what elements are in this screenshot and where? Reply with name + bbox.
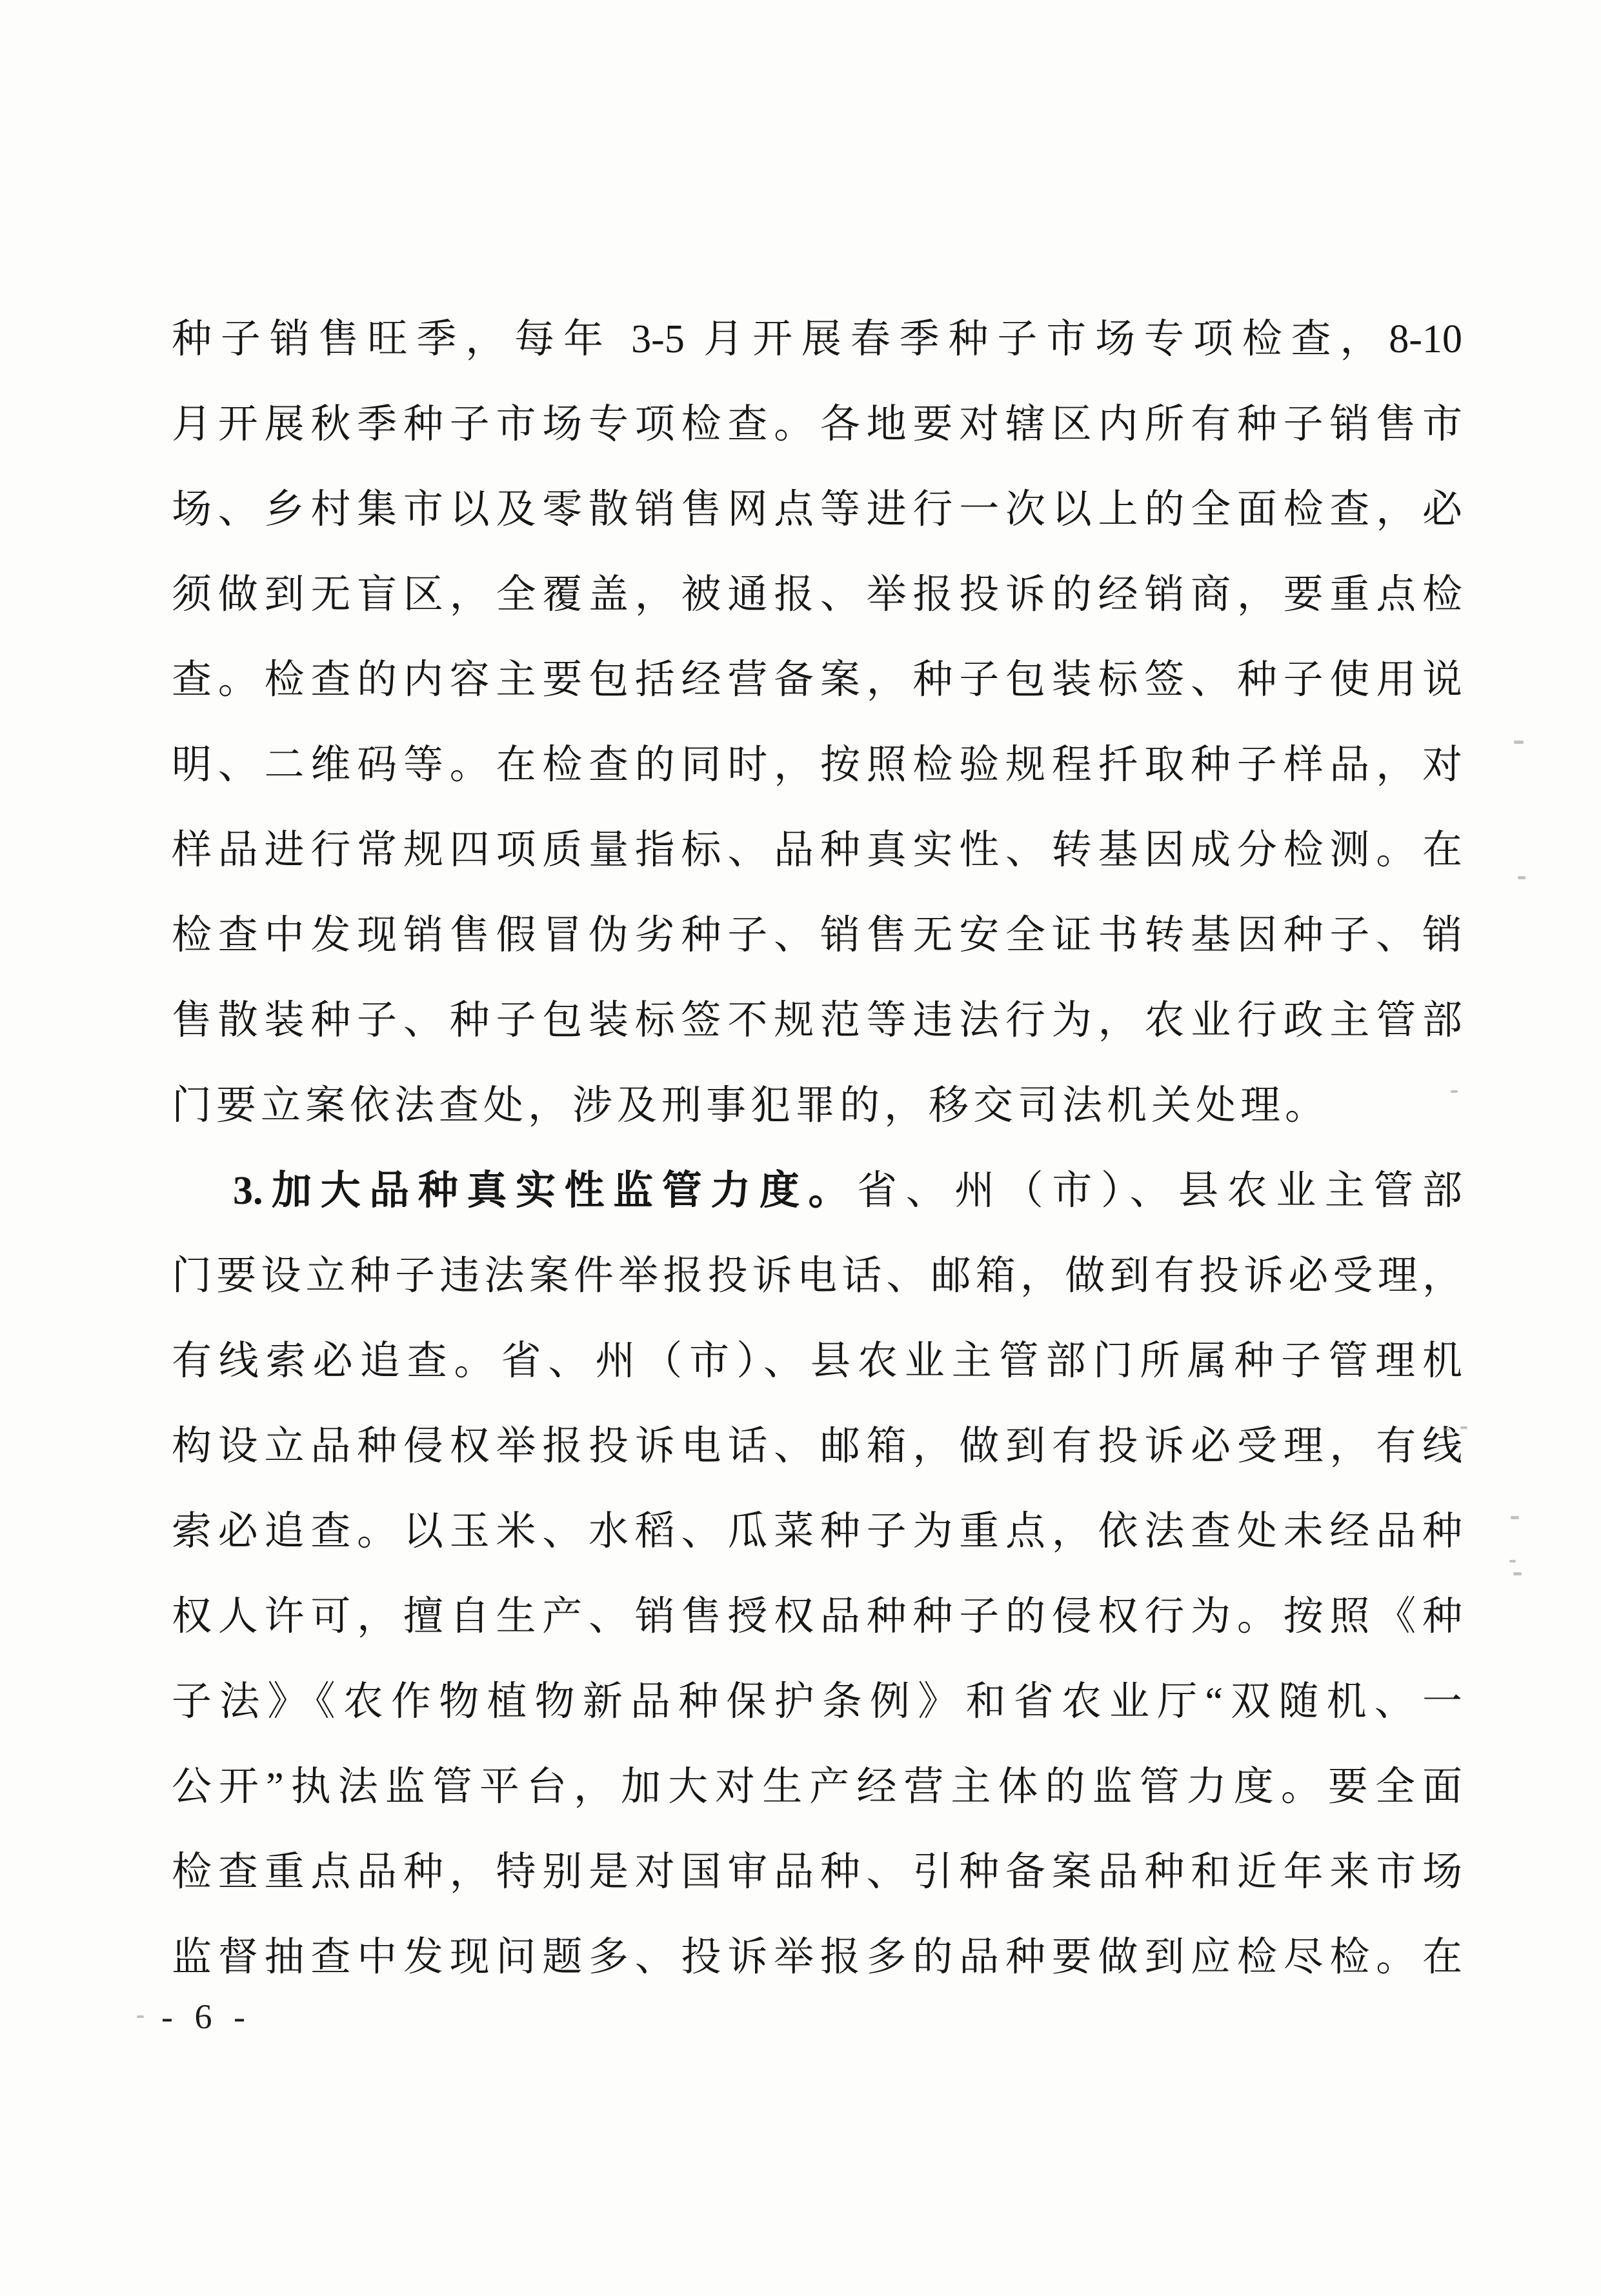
body-line: 明、二维码等。在检查的同时，按照检验规程扦取种子样品，对 (172, 723, 1462, 808)
body-line: 场、乡村集市以及零散销售网点等进行一次以上的全面检查，必 (172, 467, 1462, 552)
body-line: 有线索必追查。省、州（市）、县农业主管部门所属种子管理机 (172, 1319, 1462, 1404)
body-line: 构设立品种侵权举报投诉电话、邮箱，做到有投诉必受理，有线 (172, 1404, 1462, 1489)
scan-artifact (1460, 1426, 1467, 1429)
body-line: 门要设立种子违法案件举报投诉电话、邮箱，做到有投诉必受理， (172, 1233, 1462, 1319)
body-line: 样品进行常规四项质量指标、品种真实性、转基因成分检测。在 (172, 808, 1462, 893)
scan-artifact (1509, 1560, 1516, 1562)
body-line: 监督抽查中发现问题多、投诉举报多的品种要做到应检尽检。在 (172, 1915, 1462, 2000)
body-line: 须做到无盲区，全覆盖，被通报、举报投诉的经销商，要重点检 (172, 552, 1462, 637)
scan-artifact (1514, 741, 1524, 744)
page-number: - 6 - (161, 1997, 252, 2036)
scan-artifact (1518, 876, 1525, 879)
body-line: 月开展秋季种子市场专项检查。各地要对辖区内所有种子销售市 (172, 382, 1462, 467)
scan-artifact (1513, 1572, 1522, 1575)
scan-artifact (1451, 1090, 1458, 1093)
body-line: 索必追查。以玉米、水稻、瓜菜种子为重点，依法查处未经品种 (172, 1489, 1462, 1574)
body-line: 检查中发现销售假冒伪劣种子、销售无安全证书转基因种子、销 (172, 893, 1462, 978)
body-line: 售散装种子、种子包装标签不规范等违法行为，农业行政主管部 (172, 978, 1462, 1063)
body-line: 查。检查的内容主要包括经营备案，种子包装标签、种子使用说 (172, 637, 1462, 723)
body-line: 子法》《农作物植物新品种保护条例》和省农业厅“双随机、一 (172, 1659, 1462, 1744)
body-line: 种子销售旺季，每年 3-5 月开展春季种子市场专项检查，8-10 (172, 297, 1462, 382)
scan-artifact (137, 2015, 144, 2018)
section-heading-continuation: 省、州（市）、县农业主管部 (857, 1169, 1462, 1213)
scan-artifact (1444, 1428, 1449, 1431)
document-body: 种子销售旺季，每年 3-5 月开展春季种子市场专项检查，8-10 月开展秋季种子… (172, 297, 1462, 2000)
body-line: 检查重点品种，特别是对国审品种、引种备案品种和近年来市场 (172, 1830, 1462, 1915)
body-line-paragraph-end: 门要立案依法查处，涉及刑事犯罪的，移交司法机关处理。 (172, 1063, 1462, 1148)
scan-artifact (1511, 1516, 1519, 1519)
section-heading: 3.加大品种真实性监管力度。 (233, 1169, 857, 1213)
body-line: 权人许可，擅自生产、销售授权品种种子的侵权行为。按照《种 (172, 1574, 1462, 1659)
body-line-section-start: 3.加大品种真实性监管力度。省、州（市）、县农业主管部 (172, 1148, 1462, 1233)
document-page: 种子销售旺季，每年 3-5 月开展春季种子市场专项检查，8-10 月开展秋季种子… (0, 0, 1601, 2296)
body-line: 公开”执法监管平台，加大对生产经营主体的监管力度。要全面 (172, 1744, 1462, 1830)
